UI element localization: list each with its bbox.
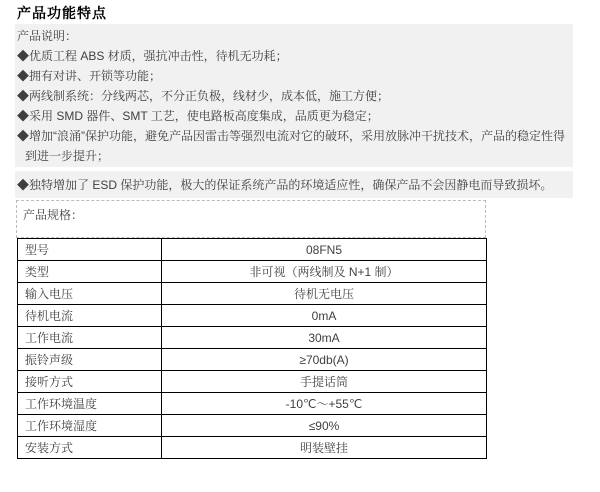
feature-bullet: ◆增加“浪涌”保护功能，避免产品因雷击等强烈电流对它的破环，采用放脉冲干扰技术，… bbox=[17, 126, 569, 166]
product-description-panel: 产品说明： ◆优质工程 ABS 材质，强抗冲击性，待机无功耗； ◆拥有对讲、开锁… bbox=[15, 24, 573, 167]
spec-value-cell: 待机无电压 bbox=[162, 283, 487, 305]
feature-bullet: ◆优质工程 ABS 材质，强抗冲击性，待机无功耗； bbox=[17, 46, 569, 66]
spec-label-cell: 工作环境湿度 bbox=[18, 415, 162, 437]
table-row: 工作电流 30mA bbox=[18, 327, 487, 349]
spec-label-cell: 振铃声级 bbox=[18, 349, 162, 371]
spec-label-cell: 接听方式 bbox=[18, 371, 162, 393]
table-row: 类型 非可视（两线制及 N+1 制） bbox=[18, 261, 487, 283]
spec-label-cell: 待机电流 bbox=[18, 305, 162, 327]
table-row: 工作环境温度 -10℃～+55℃ bbox=[18, 393, 487, 415]
description-heading: 产品说明： bbox=[17, 26, 569, 46]
table-row: 待机电流 0mA bbox=[18, 305, 487, 327]
spec-label-cell: 工作环境温度 bbox=[18, 393, 162, 415]
spec-value-cell: 手提话筒 bbox=[162, 371, 487, 393]
spec-label-cell: 型号 bbox=[18, 239, 162, 261]
spec-value-cell: 30mA bbox=[162, 327, 487, 349]
spec-value-cell: 08FN5 bbox=[162, 239, 487, 261]
spec-label-cell: 输入电压 bbox=[18, 283, 162, 305]
table-row: 输入电压 待机无电压 bbox=[18, 283, 487, 305]
spec-label-cell: 安装方式 bbox=[18, 437, 162, 459]
product-detail-page: 产品功能特点 产品说明： ◆优质工程 ABS 材质，强抗冲击性，待机无功耗； ◆… bbox=[0, 0, 600, 459]
table-row: 工作环境湿度 ≤90% bbox=[18, 415, 487, 437]
spec-value-cell: 0mA bbox=[162, 305, 487, 327]
spec-value-cell: ≤90% bbox=[162, 415, 487, 437]
feature-bullet: ◆两线制系统：分线两芯，不分正负极，线材少，成本低，施工方便； bbox=[17, 86, 569, 106]
spec-value-cell: 明装壁挂 bbox=[162, 437, 487, 459]
page-title: 产品功能特点 bbox=[17, 5, 588, 21]
spec-value-cell: ≥70db(A) bbox=[162, 349, 487, 371]
spec-label-cell: 类型 bbox=[18, 261, 162, 283]
table-row: 振铃声级 ≥70db(A) bbox=[18, 349, 487, 371]
specs-heading-box: 产品规格： bbox=[16, 200, 486, 238]
esd-feature-panel: ◆独特增加了 ESD 保护功能，极大的保证系统产品的环境适应性，确保产品不会因静… bbox=[15, 171, 573, 198]
specs-heading: 产品规格： bbox=[23, 208, 83, 222]
spec-label-cell: 工作电流 bbox=[18, 327, 162, 349]
spec-value-cell: -10℃～+55℃ bbox=[162, 393, 487, 415]
feature-bullet: ◆采用 SMD 器件、SMT 工艺，使电路板高度集成，品质更为稳定； bbox=[17, 106, 569, 126]
table-row: 型号 08FN5 bbox=[18, 239, 487, 261]
spec-value-cell: 非可视（两线制及 N+1 制） bbox=[162, 261, 487, 283]
specs-table: 型号 08FN5 类型 非可视（两线制及 N+1 制） 输入电压 待机无电压 待… bbox=[17, 238, 487, 459]
feature-bullet: ◆拥有对讲、开锁等功能； bbox=[17, 66, 569, 86]
table-row: 接听方式 手提话筒 bbox=[18, 371, 487, 393]
table-row: 安装方式 明装壁挂 bbox=[18, 437, 487, 459]
esd-feature-bullet: ◆独特增加了 ESD 保护功能，极大的保证系统产品的环境适应性，确保产品不会因静… bbox=[17, 175, 569, 195]
